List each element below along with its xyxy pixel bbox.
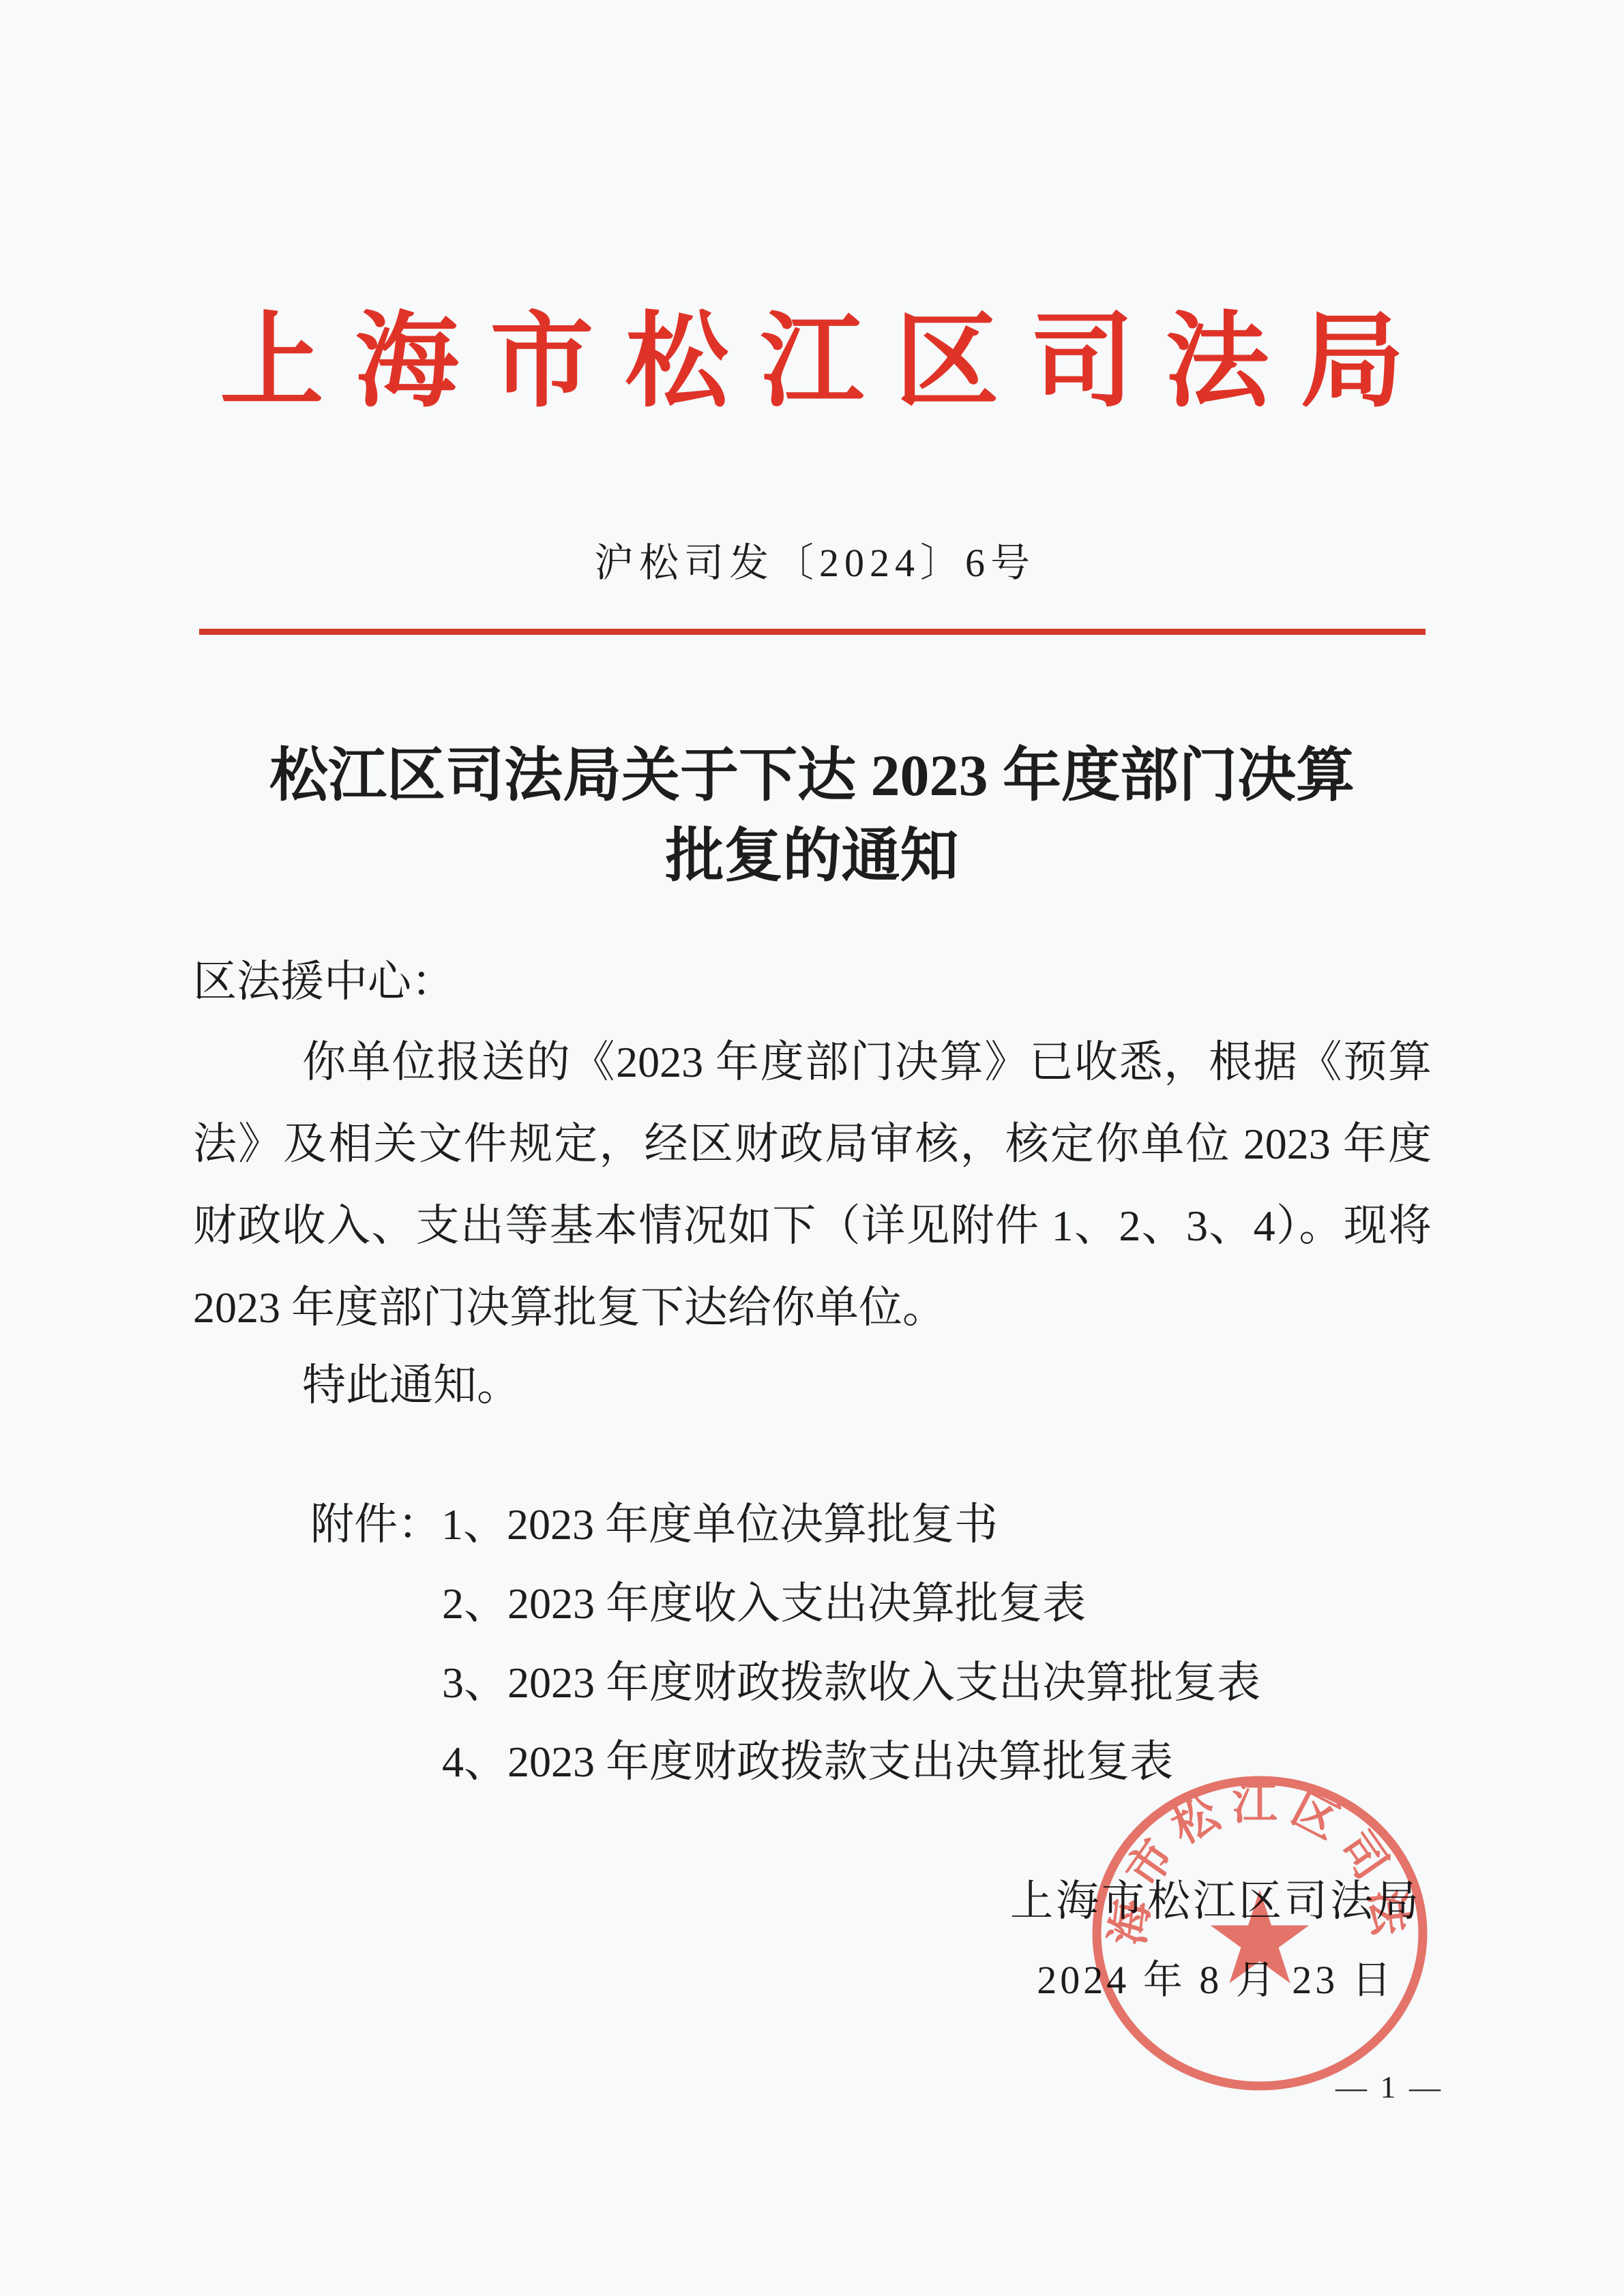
red-divider-line xyxy=(199,629,1426,635)
attachment-item-3: 3、2023 年度财政拨款收入支出决算批复表 xyxy=(442,1658,1260,1707)
attachment-row-1: 附件：1、2023 年度单位决算批复书 xyxy=(310,1497,1432,1552)
official-document-page: 上海市松江区司法局 沪松司发〔2024〕6号 松江区司法局关于下达 2023 年… xyxy=(0,0,1624,2296)
body-paragraph-line1: 你单位报送的《2023 年度部门决算》已收悉，根据《预算 xyxy=(193,1035,1432,1090)
attachment-row-3: 3、2023 年度财政拨款收入支出决算批复表 xyxy=(442,1656,1432,1710)
document-number: 沪松司发〔2024〕6号 xyxy=(0,531,1624,588)
red-header-title: 上海市松江区司法局 xyxy=(0,278,1624,427)
salutation: 区法援中心： xyxy=(193,955,1432,1009)
notice-title-line1: 松江区司法局关于下达 2023 年度部门决算 xyxy=(0,735,1624,816)
page-number: — 1 — xyxy=(1335,2069,1443,2105)
attachment-item-1: 1、2023 年度单位决算批复书 xyxy=(441,1500,998,1549)
official-red-seal: 上海市松江区司法局 xyxy=(1088,1772,1432,2096)
notice-title: 松江区司法局关于下达 2023 年度部门决算 批复的通知 xyxy=(0,735,1624,896)
body-paragraph-line4: 2023 年度部门决算批复下达给你单位。 xyxy=(193,1281,1432,1335)
notice-title-line2: 批复的通知 xyxy=(0,816,1624,896)
body-paragraph-line3: 财政收入、支出等基本情况如下（详见附件 1、2、3、4）。现将 xyxy=(193,1199,1432,1253)
attachments-label: 附件： xyxy=(310,1500,441,1549)
attachment-item-2: 2、2023 年度收入支出决算批复表 xyxy=(442,1579,1086,1628)
closing-phrase: 特此通知。 xyxy=(193,1358,1432,1413)
attachment-item-4: 4、2023 年度财政拨款支出决算批复表 xyxy=(442,1738,1173,1786)
seal-star-icon xyxy=(1211,1890,1310,1984)
attachment-row-2: 2、2023 年度收入支出决算批复表 xyxy=(442,1577,1432,1631)
body-paragraph-line2: 法》及相关文件规定，经区财政局审核，核定你单位 2023 年度 xyxy=(193,1117,1432,1172)
